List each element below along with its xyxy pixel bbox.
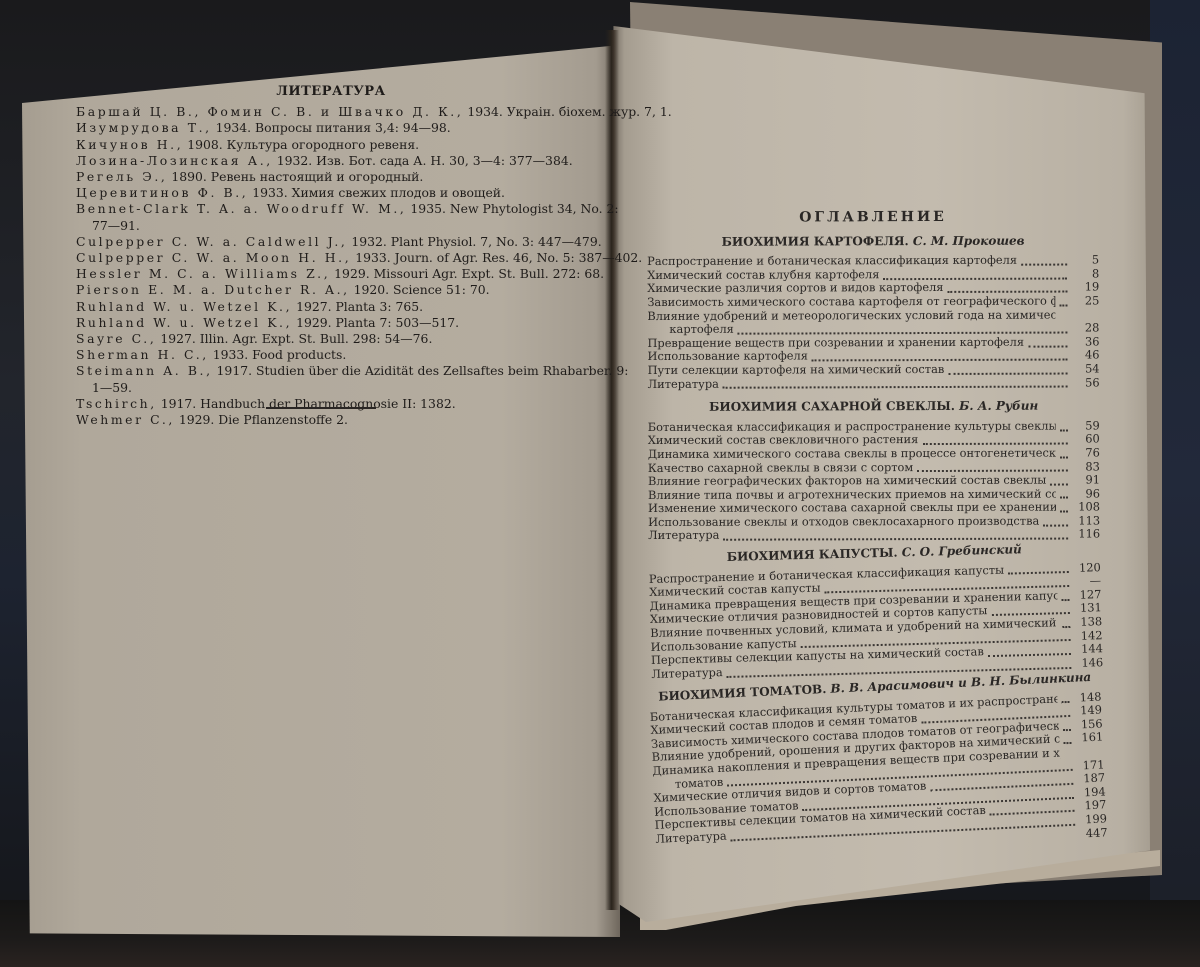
leader-dots [1028, 345, 1067, 347]
toc-entry-label: Литература [648, 529, 719, 543]
toc-page-number: 116 [1072, 528, 1100, 542]
toc-page-number: 19 [1071, 281, 1099, 295]
toc-page-number: 46 [1071, 349, 1099, 363]
toc-entry-label: Использование картофеля [647, 350, 808, 364]
reference-entry: Ruhland W. u. Wetzel K., 1927. Planta 3:… [76, 299, 576, 315]
leader-dots [917, 470, 1068, 473]
leader-dots [1062, 626, 1070, 628]
reference-source: 1917. Handbuch der Pharmacognosie II: 13… [157, 396, 456, 411]
section-title: БИОХИМИЯ САХАРНОЙ СВЕКЛЫ. [709, 399, 955, 414]
leader-dots [723, 386, 1068, 389]
toc-section: БИОХИМИЯ КАРТОФЕЛЯ. С. М. ПрокошевРаспро… [647, 234, 1100, 391]
bibliography: ЛИТЕРАТУРА Баршай Ц. В., Фомин С. В. и Ш… [76, 84, 576, 428]
reference-author: Церевитинов Ф. В., [76, 185, 248, 200]
leader-dots [1060, 456, 1068, 458]
reference-author: Sayre C., [76, 331, 156, 346]
reference-author: Баршай Ц. В., Фомин С. В. и Швачко Д. К.… [76, 104, 463, 119]
reference-author: Hessler M. C. a. Williams Z., [76, 266, 330, 281]
toc-section: БИОХИМИЯ ТОМАТОВ. В. В. Арасимович и В. … [649, 671, 1108, 860]
reference-entry: Wehmer C., 1929. Die Pflanzenstoffe 2. [76, 412, 576, 428]
section-authors: С. М. Прокошев [913, 233, 1025, 247]
toc-entry-label: Химические различия сортов и видов карто… [647, 281, 943, 296]
reference-entry: Sayre C., 1927. Illin. Agr. Expt. St. Bu… [76, 331, 576, 347]
leader-dots [1062, 599, 1070, 601]
section-heading: БИОХИМИЯ САХАРНОЙ СВЕКЛЫ. Б. А. Рубин [648, 400, 1100, 415]
section-title: БИОХИМИЯ КАРТОФЕЛЯ. [722, 234, 909, 249]
toc-entry[interactable]: Ботаническая классификация и распростран… [648, 419, 1100, 434]
reference-author: Регель Э., [76, 169, 167, 184]
leader-dots [1021, 264, 1067, 266]
reference-source: 1917. Studien über die Azidität des Zell… [213, 363, 629, 378]
leader-dots [883, 277, 1067, 280]
reference-entry: Церевитинов Ф. В., 1933. Химия свежих пл… [76, 185, 576, 201]
reference-source: 1908. Культура огородного ревеня. [183, 137, 419, 152]
toc-entry-label: Качество сахарной свеклы в связи с сорто… [648, 461, 913, 476]
toc-entry-label: Динамика химического состава свеклы в пр… [648, 446, 1056, 461]
toc-section: БИОХИМИЯ КАПУСТЫ. С. О. ГребинскийРаспро… [648, 541, 1103, 681]
toc-entry[interactable]: Литература116 [648, 528, 1100, 543]
reference-entry: Баршай Ц. В., Фомин С. В. и Швачко Д. К.… [76, 104, 576, 120]
reference-entry: Pierson E. M. a. Dutcher R. A., 1920. Sc… [76, 282, 576, 298]
toc-page-number: 56 [1072, 376, 1100, 390]
reference-entry: Sherman H. C., 1933. Food products. [76, 347, 576, 363]
leader-dots [948, 372, 1067, 374]
book-gutter [605, 30, 619, 910]
toc-entry[interactable]: Влияние удобрений и метеорологических ус… [647, 308, 1099, 323]
contents-title: ОГЛАВЛЕНИЕ [647, 210, 1099, 225]
reference-entry: Steimann A. B., 1917. Studien über die A… [76, 363, 576, 379]
reference-source: 1934. Украін. біохем. жур. 7, 1. [463, 104, 671, 119]
toc-page-number: 25 [1071, 294, 1099, 308]
toc-page-number: 5 [1071, 254, 1099, 268]
reference-author: Sherman H. C., [76, 347, 209, 362]
toc-page-number: 54 [1072, 362, 1100, 376]
leader-dots [922, 443, 1067, 446]
toc-entry-label: Ботаническая классификация и распростран… [648, 419, 1056, 434]
toc-page-number: 28 [1071, 322, 1099, 336]
leader-dots [1060, 511, 1068, 513]
reference-entry: Изумрудова Т., 1934. Вопросы питания 3,4… [76, 120, 576, 136]
section-authors: Б. А. Рубин [959, 399, 1038, 413]
toc-page-number: 76 [1072, 446, 1100, 460]
reference-author: Culpepper C. W. a. Caldwell J., [76, 234, 347, 249]
reference-source: 1934. Вопросы питания 3,4: 94—98. [212, 120, 451, 135]
toc-entry[interactable]: Динамика химического состава свеклы в пр… [648, 446, 1100, 461]
leader-dots [812, 359, 1068, 362]
section-title: БИОХИМИЯ ТОМАТОВ. [658, 682, 827, 704]
leader-dots [1050, 483, 1068, 485]
toc-entry-label: Влияние географических факторов на химич… [648, 474, 1046, 489]
reference-author: Tschirch, [76, 396, 157, 411]
reference-entry: Hessler M. C. a. Williams Z., 1929. Miss… [76, 266, 576, 282]
reference-source: 1927. Planta 3: 765. [292, 299, 423, 314]
reference-entry: Кичунов Н., 1908. Культура огородного ре… [76, 137, 576, 153]
reference-author: Culpepper C. W. a. Moon H. H., [76, 250, 351, 265]
reference-source: 1933. Food products. [209, 347, 347, 362]
reference-source: 1929. Die Pflanzenstoffe 2. [175, 412, 348, 427]
leader-dots [1062, 702, 1070, 704]
leader-dots [738, 331, 1068, 334]
reference-entry: Лозина-Лозинская А., 1932. Изв. Бот. сад… [76, 153, 576, 169]
toc-entry-label: Зависимость химического состава картофел… [647, 295, 1055, 310]
toc-entry-label: Химический состав свекловичного растения [648, 433, 919, 448]
section-authors: С. О. Гребинский [902, 542, 1022, 559]
reference-entry: Culpepper C. W. a. Caldwell J., 1932. Pl… [76, 234, 576, 250]
toc-entry-label: Распространение и ботаническая классифик… [647, 254, 1017, 269]
reference-author: Wehmer C., [76, 412, 175, 427]
toc-page-number: 60 [1072, 433, 1100, 447]
toc-page-number: 146 [1075, 656, 1103, 670]
reference-entry: Culpepper C. W. a. Moon H. H., 1933. Jou… [76, 250, 576, 266]
toc-entry-label: Изменение химического состава сахарной с… [648, 501, 1056, 516]
toc-page-number: 161 [1075, 731, 1104, 746]
reference-source: 1935. New Phytologist 34, No. 2: [406, 201, 618, 216]
trailing-page-number: 447 [1079, 826, 1108, 841]
leader-dots [723, 538, 1068, 541]
section-title: БИОХИМИЯ КАПУСТЫ. [727, 546, 898, 564]
toc-entry-label: Превращение веществ при созревании и хра… [647, 335, 1024, 350]
section-end-rule [266, 407, 376, 409]
reference-author: Bennet-Clark T. A. a. Woodruff W. M., [76, 201, 406, 216]
reference-source: 1890. Ревень настоящий и огородный. [167, 169, 423, 184]
toc-entry-label: Влияние типа почвы и агротехнических при… [648, 487, 1056, 502]
section-heading: БИОХИМИЯ КАРТОФЕЛЯ. С. М. Прокошев [647, 234, 1099, 249]
toc-entry-label: Литература [651, 666, 723, 681]
reference-entry: 1—59. [76, 380, 576, 396]
reference-author: Изумрудова Т., [76, 120, 212, 135]
reference-continuation: 1—59. [92, 380, 132, 395]
reference-author: Ruhland W. u. Wetzel K., [76, 299, 292, 314]
reference-entry: Tschirch, 1917. Handbuch der Pharmacogno… [76, 396, 576, 412]
reference-source: 1932. Plant Physiol. 7, No. 3: 447—479. [347, 234, 601, 249]
reference-source: 1929. Planta 7: 503—517. [292, 315, 459, 330]
reference-author: Steimann A. B., [76, 363, 213, 378]
toc-entry-label: Пути селекции картофеля на химический со… [648, 363, 945, 378]
leader-dots [1060, 429, 1068, 431]
leader-dots [1060, 497, 1068, 499]
reference-author: Лозина-Лозинская А., [76, 153, 273, 168]
toc-page-number: 91 [1072, 474, 1100, 488]
toc-section: БИОХИМИЯ САХАРНОЙ СВЕКЛЫ. Б. А. РубинБот… [648, 400, 1100, 544]
reference-entry: Ruhland W. u. Wetzel K., 1929. Planta 7:… [76, 315, 576, 331]
toc-entry-label: Влияние удобрений и метеорологических ус… [647, 308, 1055, 323]
reference-source: 1932. Изв. Бот. сада А. Н. 30, 3—4: 377—… [273, 153, 573, 168]
reference-continuation: 77—91. [92, 218, 140, 233]
toc-entry[interactable]: Литература56 [648, 376, 1100, 391]
toc-entry-label: картофеля [647, 323, 734, 337]
reference-source: 1933. Химия свежих плодов и овощей. [248, 185, 505, 200]
reference-author: Кичунов Н., [76, 137, 183, 152]
reference-source: 1920. Science 51: 70. [350, 282, 490, 297]
reference-entry: Bennet-Clark T. A. a. Woodruff W. M., 19… [76, 201, 576, 217]
reference-author: Ruhland W. u. Wetzel K., [76, 315, 292, 330]
leader-dots [1063, 729, 1071, 731]
leader-dots [1043, 524, 1068, 526]
toc-sections: БИОХИМИЯ КАРТОФЕЛЯ. С. М. ПрокошевРаспро… [647, 234, 1101, 861]
toc-entry[interactable]: Использование свеклы и отходов свеклосах… [648, 514, 1100, 529]
table-of-contents: ОГЛАВЛЕНИЕ БИОХИМИЯ КАРТОФЕЛЯ. С. М. Про… [647, 210, 1101, 870]
reference-source: 1929. Missouri Agr. Expt. St. Bull. 272:… [330, 266, 604, 281]
reference-entry: 77—91. [76, 218, 576, 234]
reference-entry: Регель Э., 1890. Ревень настоящий и огор… [76, 169, 576, 185]
leader-dots [1059, 304, 1067, 306]
reference-author: Pierson E. M. a. Dutcher R. A., [76, 282, 350, 297]
leader-dots [1063, 742, 1071, 744]
toc-entry-label: Использование свеклы и отходов свеклосах… [648, 515, 1039, 530]
reference-list: Баршай Ц. В., Фомин С. В. и Швачко Д. К.… [76, 104, 576, 428]
reference-source: 1927. Illin. Agr. Expt. St. Bull. 298: 5… [156, 331, 432, 346]
leader-dots [947, 291, 1067, 293]
reference-source: 1933. Journ. of Agr. Res. 46, No. 5: 387… [351, 250, 642, 265]
toc-entry-label: Литература [648, 377, 719, 391]
bibliography-title: ЛИТЕРАТУРА [76, 84, 576, 100]
toc-entry-label: Химический состав клубня картофеля [647, 268, 879, 282]
toc-page-number: 108 [1072, 501, 1100, 515]
